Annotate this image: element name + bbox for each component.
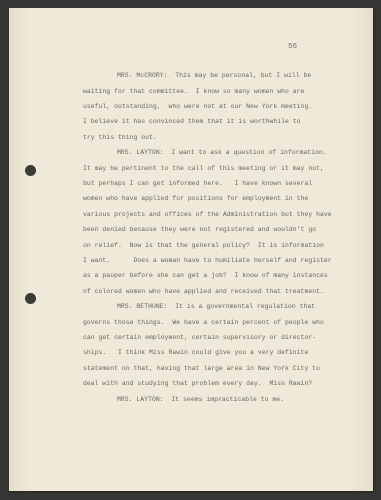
transcript-line: ships. I think Miss Rawin could give you… (83, 350, 308, 356)
transcript-line: try this thing out. (83, 135, 157, 141)
transcript-line: useful, outstanding, who were not at our… (83, 104, 312, 110)
page-number: 56 (288, 43, 297, 51)
transcript-line: statement on that, having that large are… (83, 366, 320, 372)
transcript-line: I believe it has convinced them that it … (83, 119, 301, 125)
transcript-line: MRS. LAYTON: I want to ask a question of… (117, 150, 327, 156)
transcript-line: MRS. LAYTON: It seems impracticable to m… (117, 397, 284, 403)
transcript-line: MRS. BETHUNE: It is a governmental regul… (117, 304, 315, 310)
binder-hole-bottom (25, 293, 36, 304)
transcript-line: can get certain employment, certain supe… (83, 335, 316, 341)
transcript-line: of colored women who have applied and re… (83, 289, 324, 295)
transcript-line: I want. Does a woman have to humiliate h… (83, 258, 332, 264)
transcript-line: but perhaps I can get informed here. I h… (83, 181, 312, 187)
transcript-line: on relief. Now is that the general polic… (83, 243, 324, 249)
transcript-line: deal with and studying that problem ever… (83, 381, 312, 387)
transcript-line: waiting for that committee. I know so ma… (83, 89, 304, 95)
transcript-line: as a pauper before she can get a job? I … (83, 273, 328, 279)
paper-edge-shading (9, 8, 373, 491)
transcript-line: It may be pertinent to the call of this … (83, 166, 324, 172)
binder-hole-top (25, 165, 36, 176)
transcript-line: women who have applied for positions for… (83, 196, 308, 202)
document-page (9, 8, 373, 491)
transcript-line: been denied because they were not regist… (83, 227, 316, 233)
transcript-line: MRS. McCRORY: This may be personal, but … (117, 73, 311, 79)
transcript-line: governs those things. We have a certain … (83, 320, 324, 326)
transcript-line: various projects and offices of the Admi… (83, 212, 332, 218)
